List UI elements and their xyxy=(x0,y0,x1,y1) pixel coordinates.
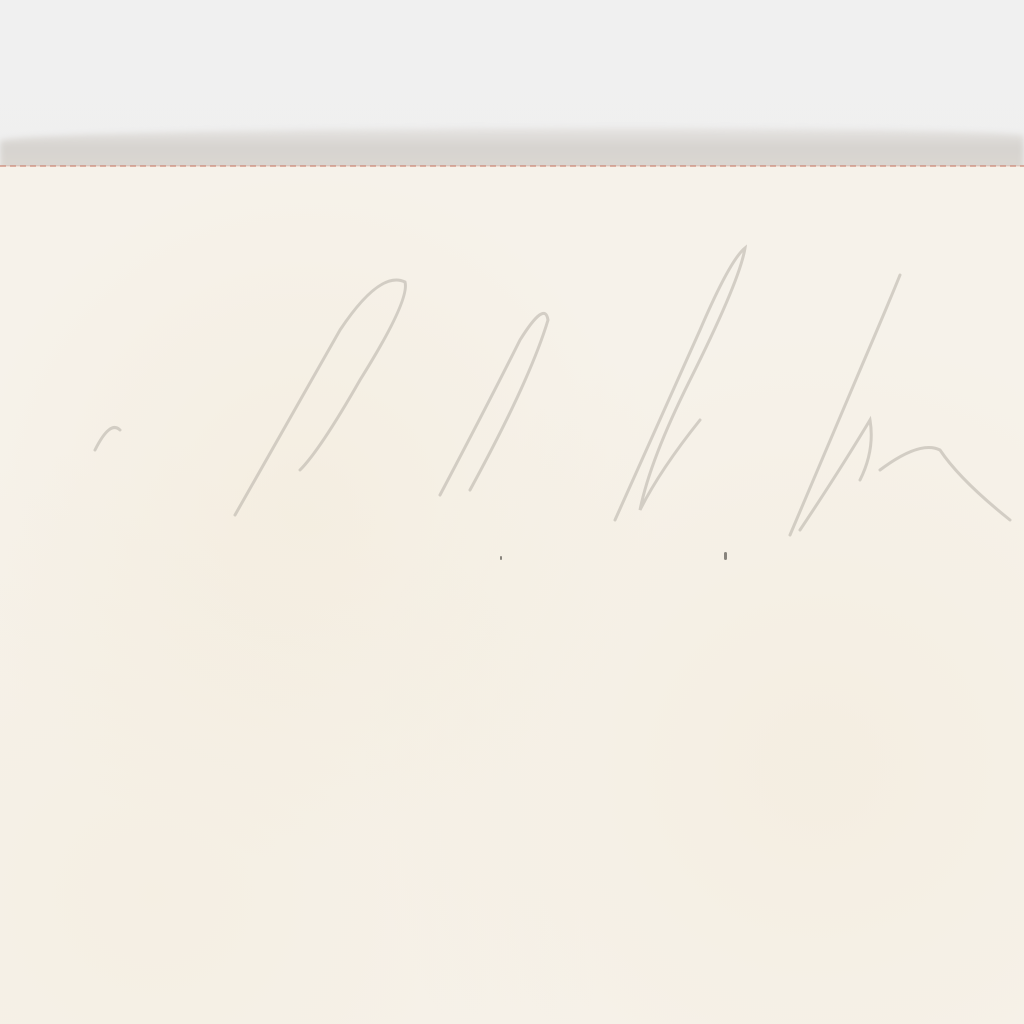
pencil-handwriting xyxy=(0,0,1024,1024)
paper-speck xyxy=(500,556,502,560)
paper-speck xyxy=(724,552,727,560)
